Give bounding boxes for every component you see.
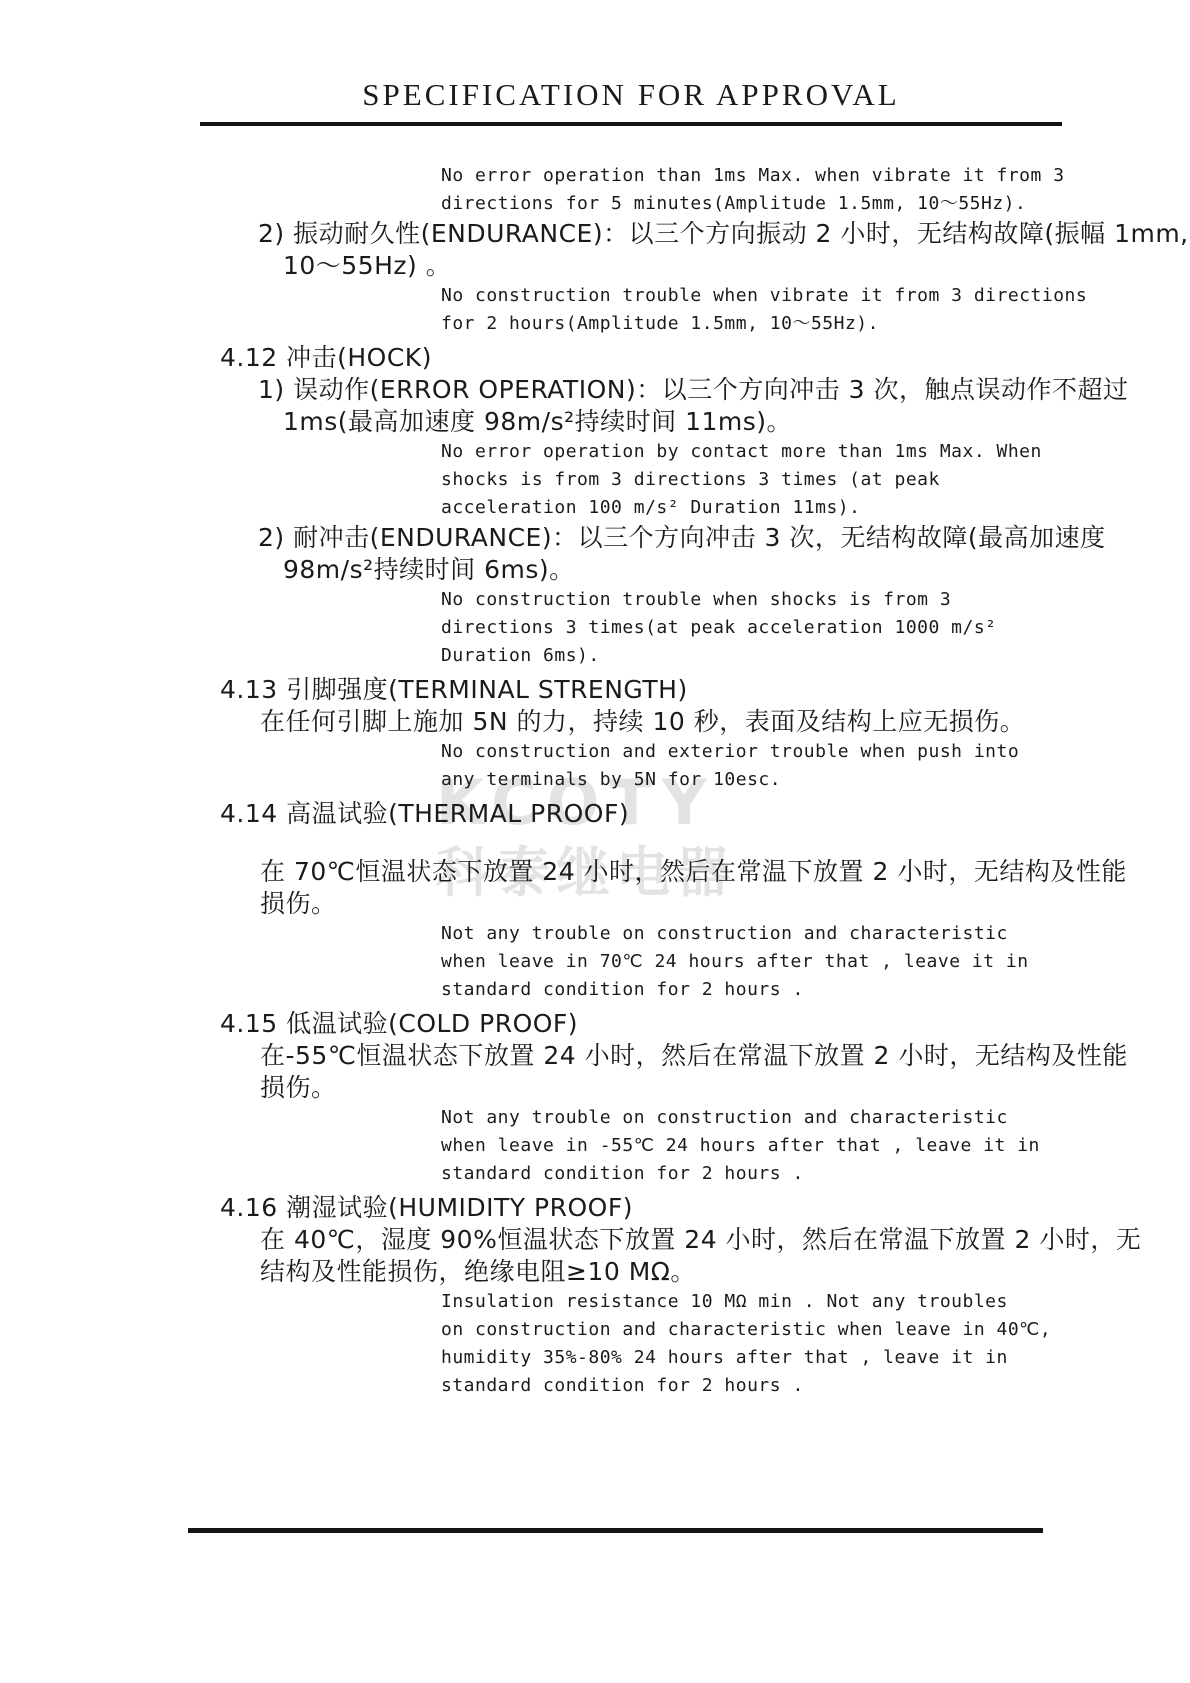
spec-text-line: acceleration 100 m/s² Duration 11ms). (441, 494, 1190, 522)
spec-text-line: No construction trouble when vibrate it … (441, 282, 1190, 310)
spec-text-line: Not any trouble on construction and char… (441, 1104, 1190, 1132)
item-continuation: 10～55Hz) 。 (283, 250, 1190, 282)
spec-text-line: Insulation resistance 10 MΩ min . Not an… (441, 1288, 1190, 1316)
document-content: No error operation than 1ms Max. when vi… (0, 162, 1190, 1400)
spec-text-line: 在-55℃恒温状态下放置 24 小时，然后在常温下放置 2 小时，无结构及性能 (260, 1040, 1190, 1072)
section-heading: 4.15 低温试验(COLD PROOF) (220, 1008, 1190, 1040)
spec-text-line: No error operation than 1ms Max. when vi… (441, 162, 1190, 190)
spec-text-line: 结构及性能损伤，绝缘电阻≥10 MΩ。 (260, 1256, 1190, 1288)
page-title: SPECIFICATION FOR APPROVAL (200, 74, 1062, 116)
section-4-13-terminal-strength: 4.13 引脚强度(TERMINAL STRENGTH) 在任何引脚上施加 5N… (0, 674, 1190, 794)
item-continuation: 98m/s²持续时间 6ms)。 (283, 554, 1190, 586)
spec-text-line: No error operation by contact more than … (441, 438, 1190, 466)
spec-text-line: humidity 35%-80% 24 hours after that , l… (441, 1344, 1190, 1372)
spec-text-line: 在 70℃恒温状态下放置 24 小时，然后在常温下放置 2 小时，无结构及性能 (260, 856, 1190, 888)
spec-text-line: 损伤。 (260, 888, 1190, 920)
numbered-item: 2) 耐冲击(ENDURANCE)：以三个方向冲击 3 次，无结构故障(最高加速… (258, 522, 1190, 554)
spec-text-line: directions for 5 minutes(Amplitude 1.5mm… (441, 190, 1190, 218)
section-4-16-humidity-proof: 4.16 潮湿试验(HUMIDITY PROOF) 在 40℃，湿度 90%恒温… (0, 1192, 1190, 1400)
numbered-item: 1) 误动作(ERROR OPERATION)：以三个方向冲击 3 次，触点误动… (258, 374, 1190, 406)
spec-text-line: 在 40℃，湿度 90%恒温状态下放置 24 小时，然后在常温下放置 2 小时，… (260, 1224, 1190, 1256)
spec-text-line: on construction and characteristic when … (441, 1316, 1190, 1344)
spec-text-line: shocks is from 3 directions 3 times (at … (441, 466, 1190, 494)
section-heading: 4.12 冲击(HOCK) (220, 342, 1190, 374)
footer-rule (188, 1528, 1043, 1533)
spec-text-line: any terminals by 5N for 10esc. (441, 766, 1190, 794)
spec-text-line: standard condition for 2 hours . (441, 976, 1190, 1004)
spec-text-line: when leave in -55℃ 24 hours after that ,… (441, 1132, 1190, 1160)
section-heading: 4.16 潮湿试验(HUMIDITY PROOF) (220, 1192, 1190, 1224)
spec-text-line: standard condition for 2 hours . (441, 1372, 1190, 1400)
section-heading: 4.13 引脚强度(TERMINAL STRENGTH) (220, 674, 1190, 706)
spec-text-line: Not any trouble on construction and char… (441, 920, 1190, 948)
section-4-15-cold-proof: 4.15 低温试验(COLD PROOF) 在-55℃恒温状态下放置 24 小时… (0, 1008, 1190, 1188)
spec-text-line: Duration 6ms). (441, 642, 1190, 670)
numbered-item: 2) 振动耐久性(ENDURANCE)：以三个方向振动 2 小时，无结构故障(振… (258, 218, 1190, 250)
section-4-14-thermal-proof: 4.14 高温试验(THERMAL PROOF) 在 70℃恒温状态下放置 24… (0, 798, 1190, 1004)
spec-text-line: for 2 hours(Amplitude 1.5mm, 10～55Hz). (441, 310, 1190, 338)
document-header: SPECIFICATION FOR APPROVAL (200, 0, 1062, 126)
spec-text-line: when leave in 70℃ 24 hours after that , … (441, 948, 1190, 976)
spec-text-line: 损伤。 (260, 1072, 1190, 1104)
document-page: KCOTY 科泰继电器 SPECIFICATION FOR APPROVAL N… (0, 0, 1190, 1683)
spec-text-line: standard condition for 2 hours . (441, 1160, 1190, 1188)
section-4-12-shock: 4.12 冲击(HOCK) 1) 误动作(ERROR OPERATION)：以三… (0, 342, 1190, 670)
section-heading: 4.14 高温试验(THERMAL PROOF) (220, 798, 1190, 830)
item-continuation: 1ms(最高加速度 98m/s²持续时间 11ms)。 (283, 406, 1190, 438)
spec-text-line: 在任何引脚上施加 5N 的力，持续 10 秒，表面及结构上应无损伤。 (260, 706, 1190, 738)
spec-text-line: directions 3 times(at peak acceleration … (441, 614, 1190, 642)
section-vibration: No error operation than 1ms Max. when vi… (0, 162, 1190, 338)
spec-text-line: No construction trouble when shocks is f… (441, 586, 1190, 614)
spec-text-line: No construction and exterior trouble whe… (441, 738, 1190, 766)
